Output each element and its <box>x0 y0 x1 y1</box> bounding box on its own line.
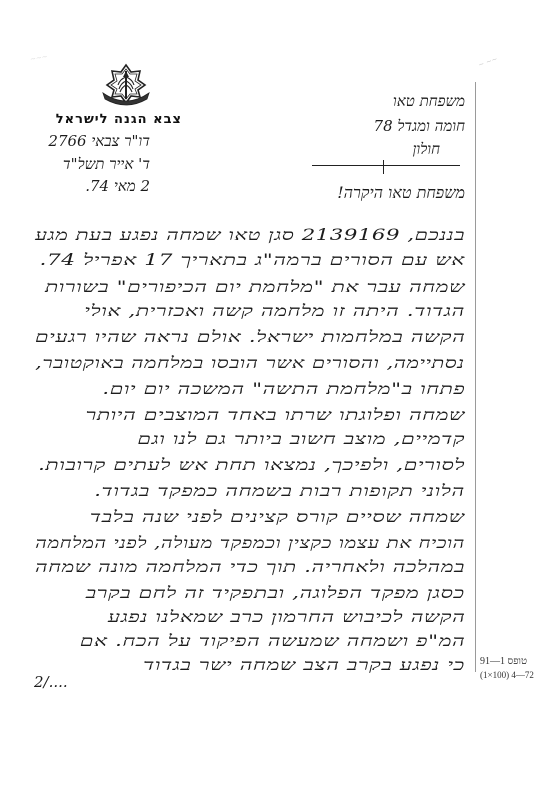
body-line: הגדוד. היתה זו מלחמה קשה ואכזרית, אולי <box>84 302 465 321</box>
body-line: שמחה עבר את "מלחמת יום הכיפורים" בשורות <box>45 278 465 297</box>
body-line: בננכם, 2139169 סגן טאו שמחה נפגע בעת מגע <box>35 226 465 245</box>
body-line: אש עם הסורים ברמה"ג בתאריך 17 אפריל 74. <box>40 251 465 270</box>
continuation-marker: 2/.... <box>34 673 68 691</box>
gregorian-date: 2 מאי 74. <box>85 177 150 196</box>
recipient-city: חולון <box>413 140 440 159</box>
hebrew-date: ד' אייר תשל"ד <box>63 155 150 174</box>
body-line: הקשה במלחמות ישראל. אולם נראה שהיו רגעים <box>35 328 465 347</box>
body-line: הוכיח את עצמו כקצין וכמפקד מעולה, לפני ה… <box>35 534 465 553</box>
idf-emblem-icon <box>97 63 155 108</box>
faint-stamp-right: ~ ~~ <box>477 55 498 69</box>
faint-stamp-left: ~~~ <box>29 53 48 64</box>
scanned-letter-page: ~~~ ~ ~~ צבא הגנה לישראל דו"ר צבאי 2766 … <box>0 0 550 800</box>
body-line: לסורים, ולפיכך, נמצאו תחת אש לעתים קרובו… <box>38 456 465 475</box>
body-line: המ"פ ושמחה שמעשה הפיקוד על הכח. אם <box>80 632 465 651</box>
body-line: פתחו ב"מלחמת התשה" המשכה יום יום. <box>102 380 465 399</box>
recipient-street: חומה ומגדל 78 <box>374 117 465 136</box>
postal-number: דו"ר צבאי 2766 <box>48 132 150 151</box>
address-divider-tick <box>383 160 384 174</box>
salutation: משפחת טאו היקרה! <box>337 183 465 203</box>
body-line: הקשה לכיבוש החרמון כרב שמאלנו נפגע <box>107 608 465 627</box>
form-code: טופס 1—91 <box>480 656 527 667</box>
margin-rule <box>475 82 476 672</box>
body-line: במהלכה ולאחריה. תוך כדי המלחמה מונה שמחה <box>35 558 465 577</box>
body-line: כסגן מפקד הפלוגה, ובתפקיד זה לחם בקרב <box>86 584 465 603</box>
body-line: קדמיים, מוצב חשוב ביותר גם לנו וגם <box>137 430 465 449</box>
body-line: שמחה ופלוגתו שרתו באחד המוצבים היותר <box>86 406 465 425</box>
body-line: הלוני תקופות רבות בשמחה כמפקד בגדוד. <box>94 482 465 501</box>
body-line: נסתיימה, והסורים אשר הובסו במלחמה באוקטו… <box>36 354 465 373</box>
body-line: שמחה שסיים קורס קצינים לפני שנה בלבד <box>90 508 465 527</box>
address-underline <box>312 165 460 166</box>
body-line: כי נפגע בקרב הצב שמחה ישר בגדוד <box>143 656 465 675</box>
form-print-run: (1×100) 4—72 <box>480 670 534 680</box>
recipient-name: משפחת טאו <box>393 92 465 111</box>
organization-name: צבא הגנה לישראל <box>22 112 182 127</box>
